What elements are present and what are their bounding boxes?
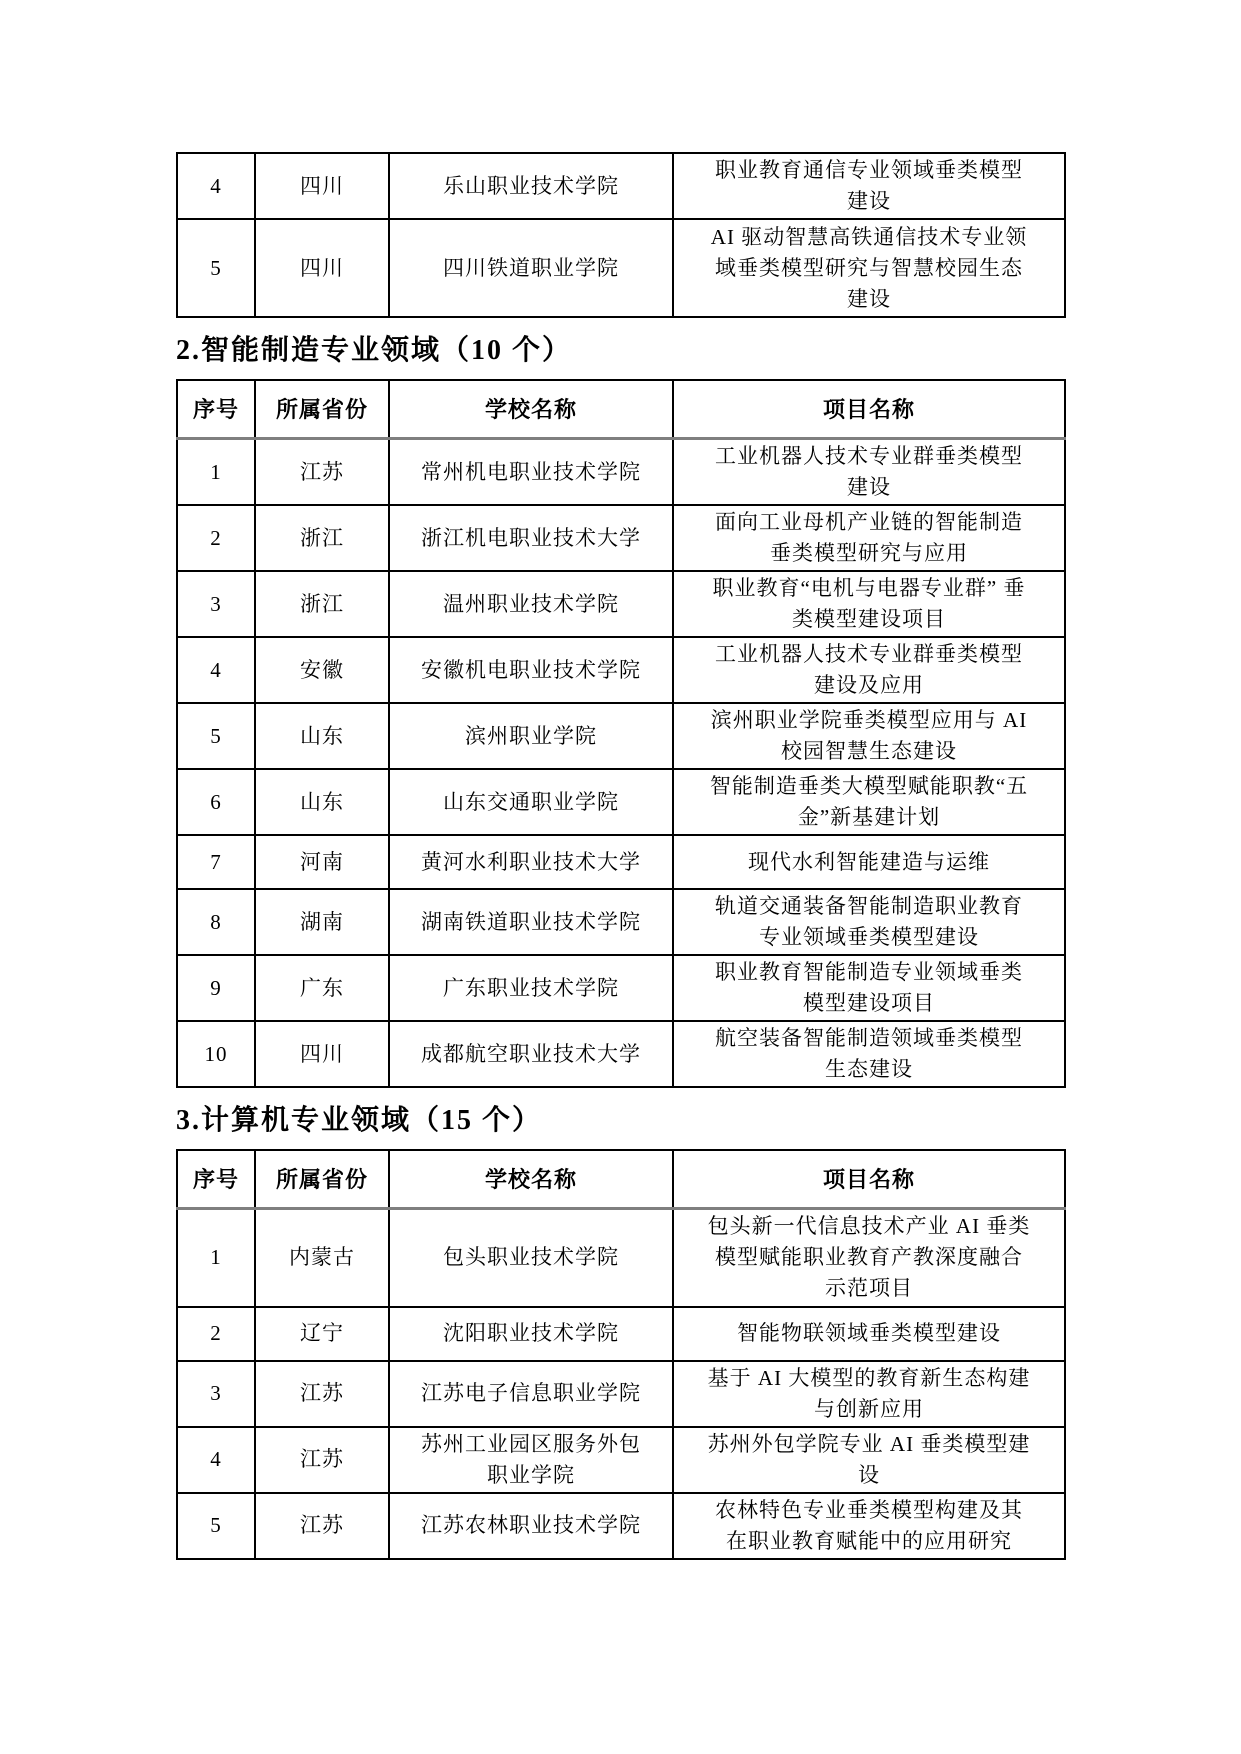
- cell-number: 2: [177, 1307, 255, 1361]
- table-computer: 序号所属省份学校名称项目名称1内蒙古包头职业技术学院包头新一代信息技术产业 AI…: [176, 1149, 1066, 1560]
- cell-project: 现代水利智能建造与运维: [673, 835, 1065, 889]
- cell-project: 面向工业母机产业链的智能制造 垂类模型研究与应用: [673, 505, 1065, 571]
- cell-project: 职业教育“电机与电器专业群” 垂 类模型建设项目: [673, 571, 1065, 637]
- cell-project: 职业教育通信专业领域垂类模型 建设: [673, 153, 1065, 219]
- cell-school: 江苏农林职业技术学院: [389, 1493, 673, 1559]
- cell-number: 5: [177, 1493, 255, 1559]
- cell-project: 工业机器人技术专业群垂类模型 建设: [673, 439, 1065, 506]
- cell-school: 安徽机电职业技术学院: [389, 637, 673, 703]
- table-row: 1江苏常州机电职业技术学院工业机器人技术专业群垂类模型 建设: [177, 439, 1065, 506]
- cell-number: 4: [177, 1427, 255, 1493]
- cell-school: 包头职业技术学院: [389, 1209, 673, 1307]
- table-row: 2浙江浙江机电职业技术大学面向工业母机产业链的智能制造 垂类模型研究与应用: [177, 505, 1065, 571]
- cell-project: 滨州职业学院垂类模型应用与 AI 校园智慧生态建设: [673, 703, 1065, 769]
- cell-project: 基于 AI 大模型的教育新生态构建 与创新应用: [673, 1361, 1065, 1427]
- column-header: 学校名称: [389, 1150, 673, 1209]
- section-heading-computer: 3.计算机专业领域（15 个）: [176, 1102, 1064, 1140]
- cell-number: 6: [177, 769, 255, 835]
- column-header: 学校名称: [389, 380, 673, 439]
- cell-number: 4: [177, 153, 255, 219]
- cell-school: 滨州职业学院: [389, 703, 673, 769]
- cell-school: 苏州工业园区服务外包 职业学院: [389, 1427, 673, 1493]
- column-header: 所属省份: [255, 1150, 389, 1209]
- cell-project: 轨道交通装备智能制造职业教育 专业领域垂类模型建设: [673, 889, 1065, 955]
- cell-project: 工业机器人技术专业群垂类模型 建设及应用: [673, 637, 1065, 703]
- table-row: 3江苏江苏电子信息职业学院基于 AI 大模型的教育新生态构建 与创新应用: [177, 1361, 1065, 1427]
- cell-province: 河南: [255, 835, 389, 889]
- cell-number: 3: [177, 571, 255, 637]
- cell-province: 广东: [255, 955, 389, 1021]
- table-header-row: 序号所属省份学校名称项目名称: [177, 1150, 1065, 1209]
- column-header: 项目名称: [673, 380, 1065, 439]
- cell-school: 山东交通职业学院: [389, 769, 673, 835]
- cell-project: 包头新一代信息技术产业 AI 垂类 模型赋能职业教育产教深度融合 示范项目: [673, 1209, 1065, 1307]
- cell-province: 江苏: [255, 1361, 389, 1427]
- table-row: 4安徽安徽机电职业技术学院工业机器人技术专业群垂类模型 建设及应用: [177, 637, 1065, 703]
- cell-school: 沈阳职业技术学院: [389, 1307, 673, 1361]
- cell-project: AI 驱动智慧高铁通信技术专业领 域垂类模型研究与智慧校园生态 建设: [673, 219, 1065, 317]
- cell-number: 1: [177, 1209, 255, 1307]
- cell-province: 浙江: [255, 505, 389, 571]
- cell-school: 黄河水利职业技术大学: [389, 835, 673, 889]
- section-heading-smart-manufacturing: 2.智能制造专业领域（10 个）: [176, 332, 1064, 370]
- table-row: 4江苏苏州工业园区服务外包 职业学院苏州外包学院专业 AI 垂类模型建 设: [177, 1427, 1065, 1493]
- cell-school: 成都航空职业技术大学: [389, 1021, 673, 1087]
- cell-school: 江苏电子信息职业学院: [389, 1361, 673, 1427]
- cell-project: 航空装备智能制造领域垂类模型 生态建设: [673, 1021, 1065, 1087]
- table-header-row: 序号所属省份学校名称项目名称: [177, 380, 1065, 439]
- table-smart-manufacturing: 序号所属省份学校名称项目名称1江苏常州机电职业技术学院工业机器人技术专业群垂类模…: [176, 379, 1066, 1088]
- cell-province: 山东: [255, 703, 389, 769]
- cell-number: 4: [177, 637, 255, 703]
- cell-province: 湖南: [255, 889, 389, 955]
- cell-school: 湖南铁道职业技术学院: [389, 889, 673, 955]
- table-section1-continued: 4四川乐山职业技术学院职业教育通信专业领域垂类模型 建设5四川四川铁道职业学院A…: [176, 152, 1066, 318]
- cell-number: 7: [177, 835, 255, 889]
- table-row: 10四川成都航空职业技术大学航空装备智能制造领域垂类模型 生态建设: [177, 1021, 1065, 1087]
- cell-project: 苏州外包学院专业 AI 垂类模型建 设: [673, 1427, 1065, 1493]
- column-header: 所属省份: [255, 380, 389, 439]
- table-row: 7河南黄河水利职业技术大学现代水利智能建造与运维: [177, 835, 1065, 889]
- cell-province: 江苏: [255, 1493, 389, 1559]
- cell-project: 职业教育智能制造专业领域垂类 模型建设项目: [673, 955, 1065, 1021]
- cell-province: 江苏: [255, 1427, 389, 1493]
- cell-school: 乐山职业技术学院: [389, 153, 673, 219]
- cell-school: 常州机电职业技术学院: [389, 439, 673, 506]
- cell-project: 智能制造垂类大模型赋能职教“五 金”新基建计划: [673, 769, 1065, 835]
- document-page: 4四川乐山职业技术学院职业教育通信专业领域垂类模型 建设5四川四川铁道职业学院A…: [0, 0, 1241, 1754]
- cell-province: 四川: [255, 1021, 389, 1087]
- table-row: 8湖南湖南铁道职业技术学院轨道交通装备智能制造职业教育 专业领域垂类模型建设: [177, 889, 1065, 955]
- cell-number: 5: [177, 703, 255, 769]
- table-row: 1内蒙古包头职业技术学院包头新一代信息技术产业 AI 垂类 模型赋能职业教育产教…: [177, 1209, 1065, 1307]
- cell-province: 四川: [255, 219, 389, 317]
- column-header: 序号: [177, 1150, 255, 1209]
- table-row: 2辽宁沈阳职业技术学院智能物联领域垂类模型建设: [177, 1307, 1065, 1361]
- cell-number: 8: [177, 889, 255, 955]
- cell-province: 江苏: [255, 439, 389, 506]
- cell-school: 温州职业技术学院: [389, 571, 673, 637]
- cell-school: 四川铁道职业学院: [389, 219, 673, 317]
- cell-province: 山东: [255, 769, 389, 835]
- column-header: 项目名称: [673, 1150, 1065, 1209]
- cell-province: 辽宁: [255, 1307, 389, 1361]
- cell-number: 10: [177, 1021, 255, 1087]
- table-row: 5江苏江苏农林职业技术学院农林特色专业垂类模型构建及其 在职业教育赋能中的应用研…: [177, 1493, 1065, 1559]
- table-row: 4四川乐山职业技术学院职业教育通信专业领域垂类模型 建设: [177, 153, 1065, 219]
- cell-number: 2: [177, 505, 255, 571]
- table-row: 9广东广东职业技术学院职业教育智能制造专业领域垂类 模型建设项目: [177, 955, 1065, 1021]
- column-header: 序号: [177, 380, 255, 439]
- cell-number: 1: [177, 439, 255, 506]
- table-row: 5四川四川铁道职业学院AI 驱动智慧高铁通信技术专业领 域垂类模型研究与智慧校园…: [177, 219, 1065, 317]
- table-row: 3浙江温州职业技术学院职业教育“电机与电器专业群” 垂 类模型建设项目: [177, 571, 1065, 637]
- cell-province: 内蒙古: [255, 1209, 389, 1307]
- cell-province: 四川: [255, 153, 389, 219]
- cell-school: 浙江机电职业技术大学: [389, 505, 673, 571]
- cell-number: 3: [177, 1361, 255, 1427]
- cell-number: 9: [177, 955, 255, 1021]
- cell-project: 智能物联领域垂类模型建设: [673, 1307, 1065, 1361]
- cell-project: 农林特色专业垂类模型构建及其 在职业教育赋能中的应用研究: [673, 1493, 1065, 1559]
- page-content: 4四川乐山职业技术学院职业教育通信专业领域垂类模型 建设5四川四川铁道职业学院A…: [176, 152, 1064, 1560]
- cell-school: 广东职业技术学院: [389, 955, 673, 1021]
- table-row: 6山东山东交通职业学院智能制造垂类大模型赋能职教“五 金”新基建计划: [177, 769, 1065, 835]
- cell-number: 5: [177, 219, 255, 317]
- cell-province: 安徽: [255, 637, 389, 703]
- table-row: 5山东滨州职业学院滨州职业学院垂类模型应用与 AI 校园智慧生态建设: [177, 703, 1065, 769]
- cell-province: 浙江: [255, 571, 389, 637]
